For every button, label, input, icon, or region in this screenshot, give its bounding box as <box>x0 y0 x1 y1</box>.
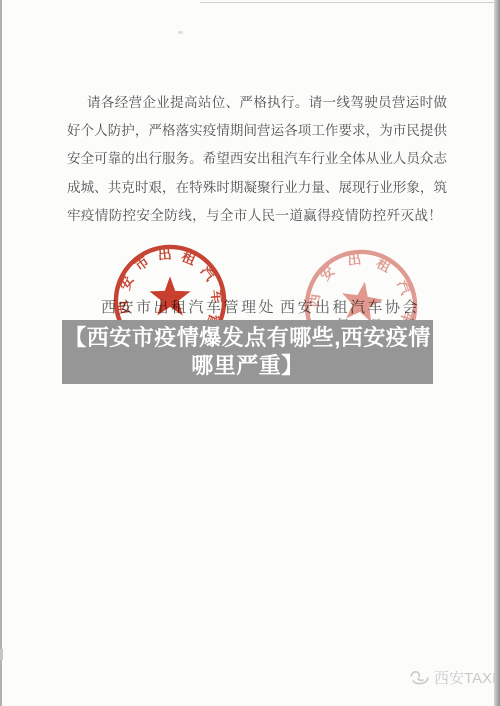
notice-text-line: 牢疫情防控安全防线，与全市人民一道赢得疫情防控歼灭战！ <box>67 202 447 230</box>
notice-text-line: 成城、共克时艰，在特殊时期凝聚行业力量、展现行业形象，筑 <box>67 174 447 202</box>
scan-speck <box>0 649 3 660</box>
photo-edge-right <box>494 0 500 706</box>
seal-star-icon <box>338 279 385 324</box>
notice-text-line: 好个人防护，严格落实疫情期间营运各项工作要求，为市民提供 <box>67 117 447 145</box>
photo-edge-left <box>0 0 2 706</box>
notice-paragraph: 请各经营企业提高站位、严格执行。请一线驾驶员营运时做 好个人防护，严格落实疫情期… <box>67 89 447 230</box>
caption-line: 【西安市疫情爆发点有哪些,西安疫情 <box>62 324 433 352</box>
photo-edge-top <box>200 2 494 3</box>
watermark: 西安TAXI <box>409 667 496 688</box>
notice-text-line: 请各经营企业提高站位、严格执行。请一线驾驶员营运时做 <box>67 89 447 117</box>
seal-star-icon <box>149 276 190 315</box>
taxi-logo-icon <box>409 669 431 687</box>
scanned-notice-photo: 请各经营企业提高站位、严格执行。请一线驾驶员营运时做 好个人防护，严格落实疫情期… <box>0 0 500 706</box>
caption-overlay: 【西安市疫情爆发点有哪些,西安疫情 哪里严重】 <box>62 320 433 384</box>
caption-line: 哪里严重】 <box>62 352 433 380</box>
scan-speck <box>178 31 183 34</box>
notice-text-line: 安全可靠的出行服务。希望西安出租汽车行业全体从业人员众志 <box>67 145 447 173</box>
watermark-text: 西安TAXI <box>434 667 496 688</box>
